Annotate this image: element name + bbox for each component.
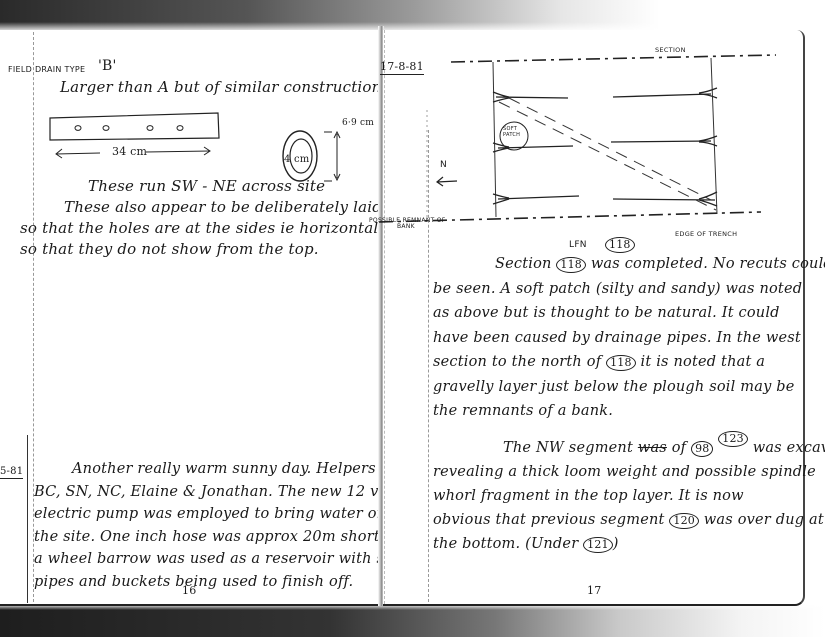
- segment-number-badge: 121: [583, 537, 613, 553]
- context-number-badge: 118: [605, 237, 635, 253]
- soft-patch-label-line2: PATCH: [503, 132, 520, 138]
- segment-line: The NW segment was of 98 123 was excavat…: [433, 436, 825, 460]
- page-number: 17: [587, 584, 601, 597]
- report-line: section to the north of 118 it is noted …: [433, 350, 825, 375]
- segment-report: The NW segment was of 98 123 was excavat…: [433, 436, 825, 556]
- report-line: as above but is thought to be natural. I…: [433, 301, 825, 326]
- diary-line: electric pump was employed to bring wate…: [34, 503, 418, 526]
- field-drain-heading: FIELD DRAIN TYPE: [8, 65, 85, 74]
- drain-subtitle: Larger than A but of similar constructio…: [60, 78, 387, 96]
- segment-text: obvious that previous segment: [433, 512, 665, 528]
- page-number: 16: [182, 584, 196, 597]
- bank-label: BANK: [397, 223, 415, 230]
- report-line: Section 118 was completed. No recuts cou…: [433, 252, 825, 277]
- diary-line: the site. One inch hose was approx 20m s…: [34, 526, 418, 549]
- north-label: N: [440, 160, 447, 170]
- segment-line: revealing a thick loom weight and possib…: [433, 460, 825, 484]
- notebook-page-17: 17-8-81: [383, 30, 805, 606]
- soft-patch-label: SOFT PATCH: [503, 126, 520, 138]
- segment-line: the bottom. (Under 121): [433, 532, 825, 556]
- diary-entry: Another really warm sunny day. Helpers w…: [34, 458, 418, 593]
- segment-line: obvious that previous segment 120 was ov…: [433, 508, 825, 532]
- diary-line: BC, SN, NC, Elaine & Jonathan. The new 1…: [34, 481, 418, 504]
- section-report: Section 118 was completed. No recuts cou…: [433, 252, 825, 424]
- segment-text: The NW segment: [503, 440, 633, 456]
- drain-note-line: These also appear to be deliberately lai…: [20, 197, 382, 218]
- context-number-badge: 123: [718, 431, 748, 447]
- report-section-word: Section: [495, 256, 552, 272]
- report-line: be seen. A soft patch (silty and sandy) …: [433, 277, 825, 302]
- report-line: the remnants of a bank.: [433, 399, 825, 424]
- diary-line: a wheel barrow was used as a reservoir w…: [34, 548, 418, 571]
- notebook-page-16: FIELD DRAIN TYPE 'B' Larger than A but o…: [0, 30, 380, 606]
- drain-type-label: 'B': [98, 58, 117, 74]
- segment-text: was excavated: [753, 440, 825, 456]
- scan-shadow-bottom: [0, 604, 825, 637]
- scan-shadow-top: [0, 0, 825, 32]
- entry-margin-rule: [27, 435, 28, 603]
- segment-text: of: [672, 440, 687, 456]
- section-number-badge: 118: [606, 355, 636, 371]
- diary-line: Another really warm sunny day. Helpers w…: [34, 458, 418, 481]
- drain-note-line: These run SW - NE across site: [20, 176, 382, 197]
- segment-number-badge: 98: [691, 441, 713, 457]
- report-text: was completed. No recuts could: [591, 256, 825, 272]
- ring-width-label: 4 cm: [284, 154, 309, 165]
- segment-text: was over dug at: [704, 512, 824, 528]
- report-text: it is noted that a: [641, 354, 766, 370]
- struck-word: was: [638, 440, 667, 456]
- drain-notes: These run SW - NE across site These also…: [20, 176, 382, 260]
- report-text: section to the north of: [433, 354, 601, 370]
- segment-line: whorl fragment in the top layer. It is n…: [433, 484, 825, 508]
- segment-text: ): [613, 536, 619, 552]
- margin-date-fragment: 5-81: [0, 466, 23, 479]
- drain-note-line: so that they do not show from the top.: [20, 239, 382, 260]
- segment-text: the bottom. (Under: [433, 536, 578, 552]
- context-heading: LFN: [569, 240, 587, 250]
- ring-height-label: 6·9 cm: [342, 118, 374, 128]
- report-line: have been caused by drainage pipes. In t…: [433, 326, 825, 351]
- trench-section-diagram: [381, 42, 781, 242]
- report-line: gravelly layer just below the plough soi…: [433, 375, 825, 400]
- diary-line: pipes and buckets being used to finish o…: [34, 571, 418, 594]
- diagram-bottom-label: EDGE OF TRENCH: [675, 230, 737, 238]
- drain-note-line: so that the holes are at the sides ie ho…: [20, 218, 382, 239]
- segment-number-badge: 120: [669, 513, 699, 529]
- section-number-badge: 118: [556, 257, 586, 273]
- plank-length-label: 34 cm: [112, 145, 147, 158]
- diagram-top-label: SECTION: [655, 46, 686, 54]
